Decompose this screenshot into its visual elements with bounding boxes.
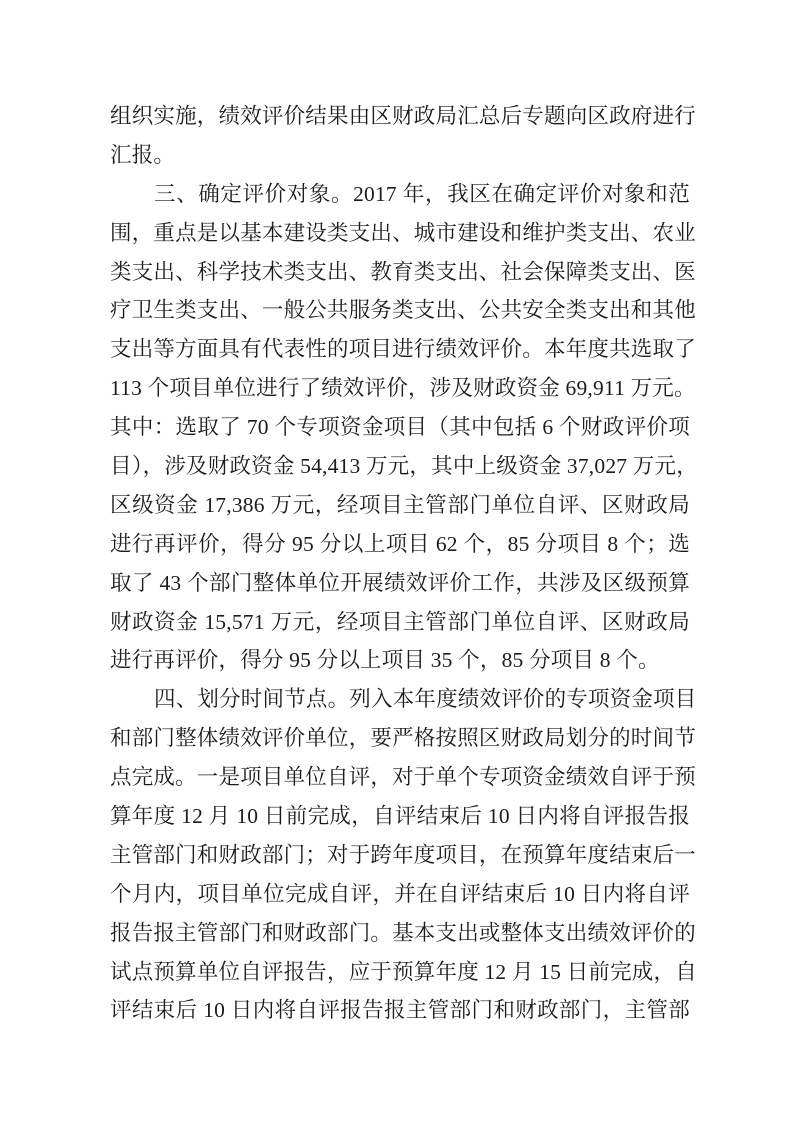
text-line: 目），涉及财政资金 54,413 万元，其中上级资金 37,027 万元， xyxy=(110,447,690,486)
text-line: 试点预算单位自评报告，应于预算年度 12 月 15 日前完成，自 xyxy=(110,953,690,992)
text-line: 财政资金 15,571 万元，经项目主管部门单位自评、区财政局 xyxy=(110,603,690,642)
text-line: 进行再评价，得分 95 分以上项目 35 个，85 分项目 8 个。 xyxy=(110,641,690,680)
text-line: 其中：选取了 70 个专项资金项目（其中包括 6 个财政评价项 xyxy=(110,408,690,447)
text-line: 取了 43 个部门整体单位开展绩效评价工作，共涉及区级预算 xyxy=(110,564,690,603)
text-line: 评结束后 10 日内将自评报告报主管部门和财政部门，主管部 xyxy=(110,991,690,1030)
text-line: 四、划分时间节点。列入本年度绩效评价的专项资金项目 xyxy=(110,680,690,719)
text-line: 主管部门和财政部门；对于跨年度项目，在预算年度结束后一 xyxy=(110,836,690,875)
text-line: 区级资金 17,386 万元，经项目主管部门单位自评、区财政局 xyxy=(110,486,690,525)
text-line: 类支出、科学技术类支出、教育类支出、社会保障类支出、医 xyxy=(110,253,690,292)
text-line: 点完成。一是项目单位自评，对于单个专项资金绩效自评于预 xyxy=(110,758,690,797)
paragraph-section-four: 四、划分时间节点。列入本年度绩效评价的专项资金项目 和部门整体绩效评价单位，要严… xyxy=(110,680,690,1030)
document-page: 组织实施，绩效评价结果由区财政局汇总后专题向区政府进行 汇报。 三、确定评价对象… xyxy=(0,0,793,1122)
text-line: 疗卫生类支出、一般公共服务类支出、公共安全类支出和其他 xyxy=(110,291,690,330)
text-line: 汇报。 xyxy=(110,136,690,175)
text-line: 算年度 12 月 10 日前完成，自评结束后 10 日内将自评报告报 xyxy=(110,797,690,836)
text-line: 113 个项目单位进行了绩效评价，涉及财政资金 69,911 万元。 xyxy=(110,369,690,408)
text-line: 三、确定评价对象。2017 年，我区在确定评价对象和范 xyxy=(110,175,690,214)
text-line: 个月内，项目单位完成自评，并在自评结束后 10 日内将自评 xyxy=(110,875,690,914)
paragraph-continuation: 组织实施，绩效评价结果由区财政局汇总后专题向区政府进行 汇报。 xyxy=(110,97,690,175)
text-line: 进行再评价，得分 95 分以上项目 62 个，85 分项目 8 个；选 xyxy=(110,525,690,564)
text-line: 围，重点是以基本建设类支出、城市建设和维护类支出、农业 xyxy=(110,214,690,253)
document-body: 组织实施，绩效评价结果由区财政局汇总后专题向区政府进行 汇报。 三、确定评价对象… xyxy=(110,97,690,1030)
text-line: 报告报主管部门和财政部门。基本支出或整体支出绩效评价的 xyxy=(110,914,690,953)
text-line: 支出等方面具有代表性的项目进行绩效评价。本年度共选取了 xyxy=(110,330,690,369)
text-line: 和部门整体绩效评价单位，要严格按照区财政局划分的时间节 xyxy=(110,719,690,758)
text-line: 组织实施，绩效评价结果由区财政局汇总后专题向区政府进行 xyxy=(110,97,690,136)
paragraph-section-three: 三、确定评价对象。2017 年，我区在确定评价对象和范 围，重点是以基本建设类支… xyxy=(110,175,690,681)
